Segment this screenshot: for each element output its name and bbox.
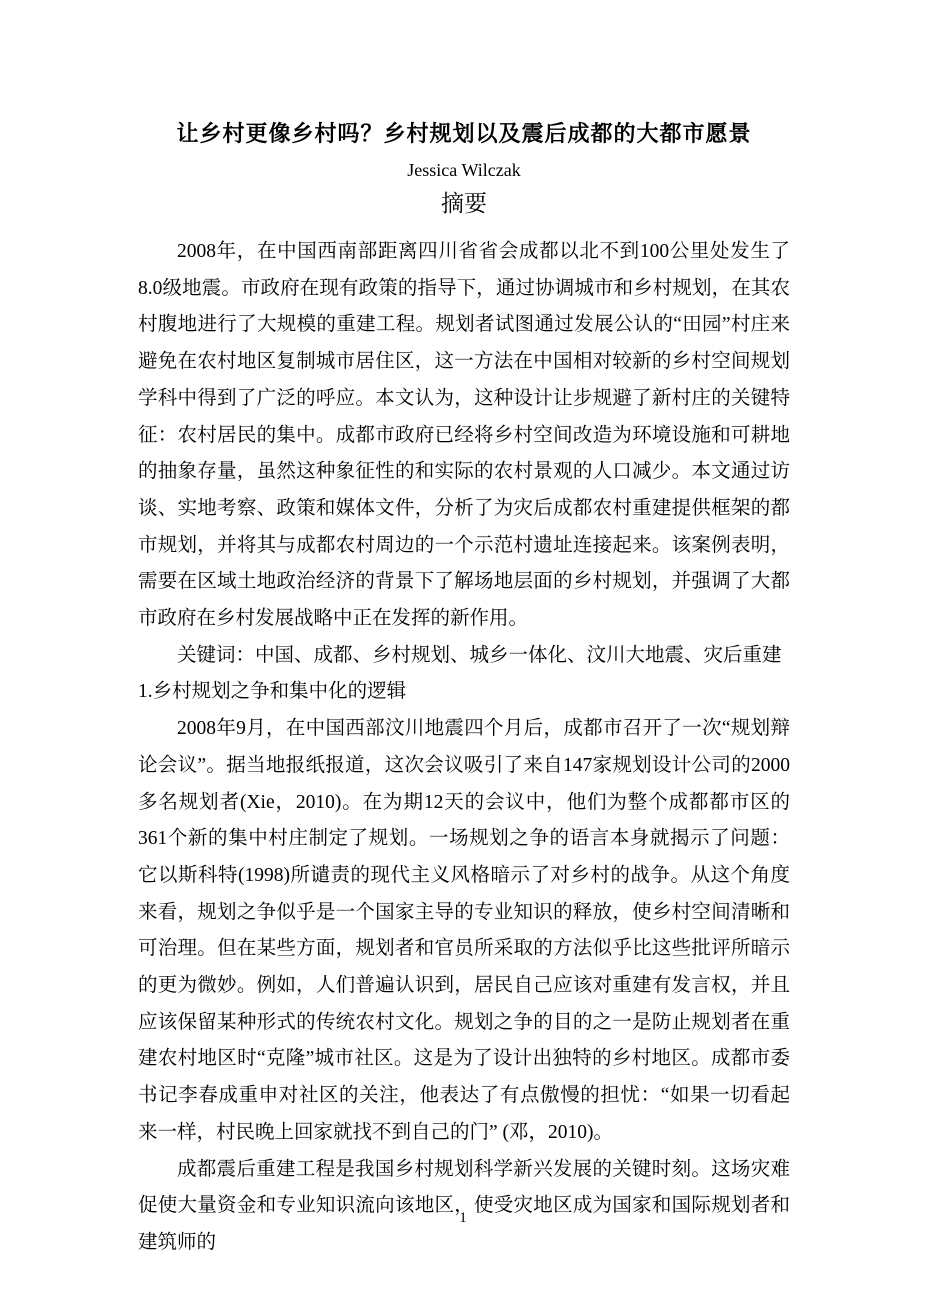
page-content: 让乡村更像乡村吗？乡村规划以及震后成都的大都市愿景 Jessica Wilcza… [138,118,790,1262]
abstract-body-paragraph: 2008年，在中国西南部距离四川省省会成都以北不到100公里处发生了8.0级地震… [138,234,790,638]
paper-title: 让乡村更像乡村吗？乡村规划以及震后成都的大都市愿景 [138,118,790,150]
section-1-paragraph-1: 2008年9月，在中国西部汶川地震四个月后，成都市召开了一次“规划辩论会议”。据… [138,711,790,1151]
paper-author: Jessica Wilczak [138,158,790,182]
document-page: 让乡村更像乡村吗？乡村规划以及震后成都的大都市愿景 Jessica Wilcza… [0,0,926,1309]
page-number: 1 [0,1208,926,1228]
abstract-heading: 摘要 [138,188,790,220]
section-1-heading: 1.乡村规划之争和集中化的逻辑 [138,674,790,711]
section-1-paragraph-2: 成都震后重建工程是我国乡村规划科学新兴发展的关键时刻。这场灾难促使大量资金和专业… [138,1152,790,1262]
keywords-line: 关键词：中国、成都、乡村规划、城乡一体化、汶川大地震、灾后重建 [138,638,790,675]
